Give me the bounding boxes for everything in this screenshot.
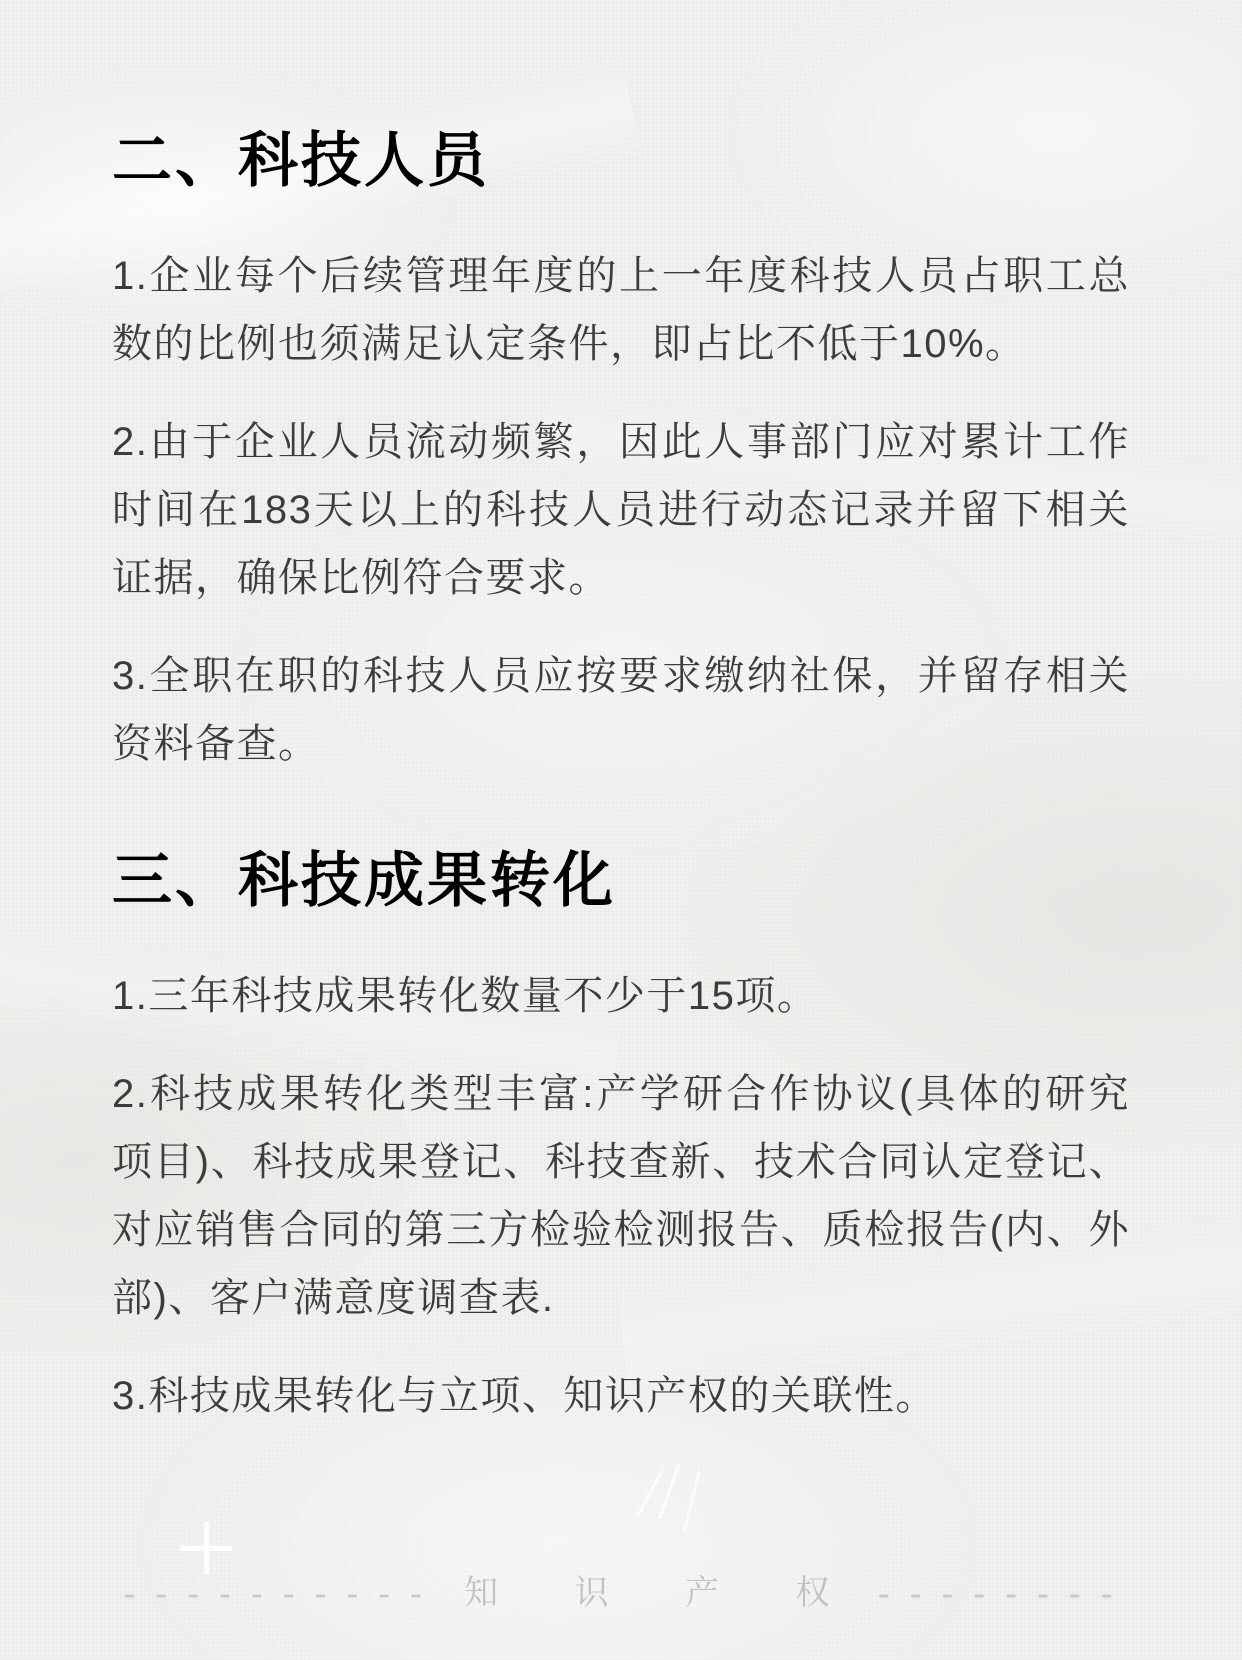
note-content: 二、科技人员 1.企业每个后续管理年度的上一年度科技人员占职工总数的比例也须满足…: [0, 0, 1242, 1460]
paragraph-personnel-ratio: 1.企业每个后续管理年度的上一年度科技人员占职工总数的比例也须满足认定条件，即占…: [112, 242, 1130, 378]
scratch-line-decoration: [658, 1463, 681, 1519]
scratch-line-decoration: [682, 1471, 700, 1534]
footer-watermark: - - - - - - - - - - 知 识 产 权 - - - - - - …: [0, 1565, 1242, 1614]
scratch-line-decoration: [636, 1470, 663, 1517]
footer-dashes-right: - - - - - - - -: [878, 1575, 1118, 1612]
section-tech-personnel: 二、科技人员 1.企业每个后续管理年度的上一年度科技人员占职工总数的比例也须满足…: [112, 128, 1130, 778]
paragraph-transformation-types: 2.科技成果转化类型丰富:产学研合作协议(具体的研究项目)、科技成果登记、科技查…: [112, 1060, 1130, 1332]
section-heading-achievement-transformation: 三、科技成果转化: [112, 848, 1130, 914]
section-heading-tech-personnel: 二、科技人员: [112, 128, 1130, 194]
paper-note-page: 二、科技人员 1.企业每个后续管理年度的上一年度科技人员占职工总数的比例也须满足…: [0, 0, 1242, 1660]
section-achievement-transformation: 三、科技成果转化 1.三年科技成果转化数量不少于15项。 2.科技成果转化类型丰…: [112, 848, 1130, 1430]
paragraph-personnel-social-insurance: 3.全职在职的科技人员应按要求缴纳社保，并留存相关资料备查。: [112, 642, 1130, 778]
paragraph-transformation-relevance: 3.科技成果转化与立项、知识产权的关联性。: [112, 1362, 1130, 1430]
paragraph-transformation-quantity: 1.三年科技成果转化数量不少于15项。: [112, 962, 1130, 1030]
footer-label-intellectual-property: 知 识 产 权: [464, 1575, 864, 1612]
paragraph-personnel-records: 2.由于企业人员流动频繁，因此人事部门应对累计工作时间在183天以上的科技人员进…: [112, 408, 1130, 612]
footer-dashes-left: - - - - - - - - - -: [124, 1575, 428, 1612]
